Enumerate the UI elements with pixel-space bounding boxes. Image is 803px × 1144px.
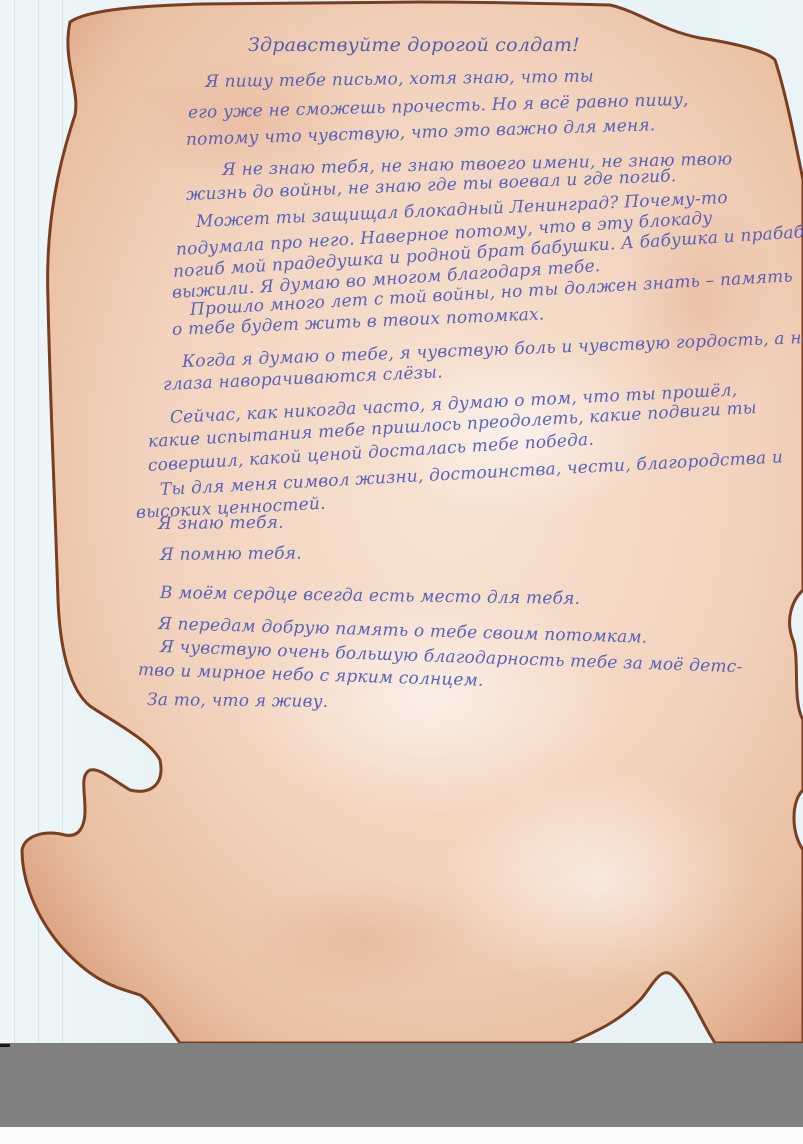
letter-line: Я знаю тебя. <box>158 513 284 534</box>
letter-line: В моём сердце всегда есть место для тебя… <box>160 583 580 609</box>
scanner-bottom-strip <box>0 1127 803 1144</box>
letter-line: За то, что я живу. <box>147 690 329 712</box>
letter-line: Я пишу тебе письмо, хотя знаю, что ты <box>205 67 594 92</box>
scanner-gray-band <box>0 1043 803 1128</box>
letter-text: Здравствуйте дорогой солдат! Я пишу тебе… <box>0 0 803 1043</box>
letter-greeting: Здравствуйте дорогой солдат! <box>248 34 580 56</box>
letter-line: Я помню тебя. <box>160 544 302 565</box>
scan-edge-mark <box>0 1044 10 1047</box>
